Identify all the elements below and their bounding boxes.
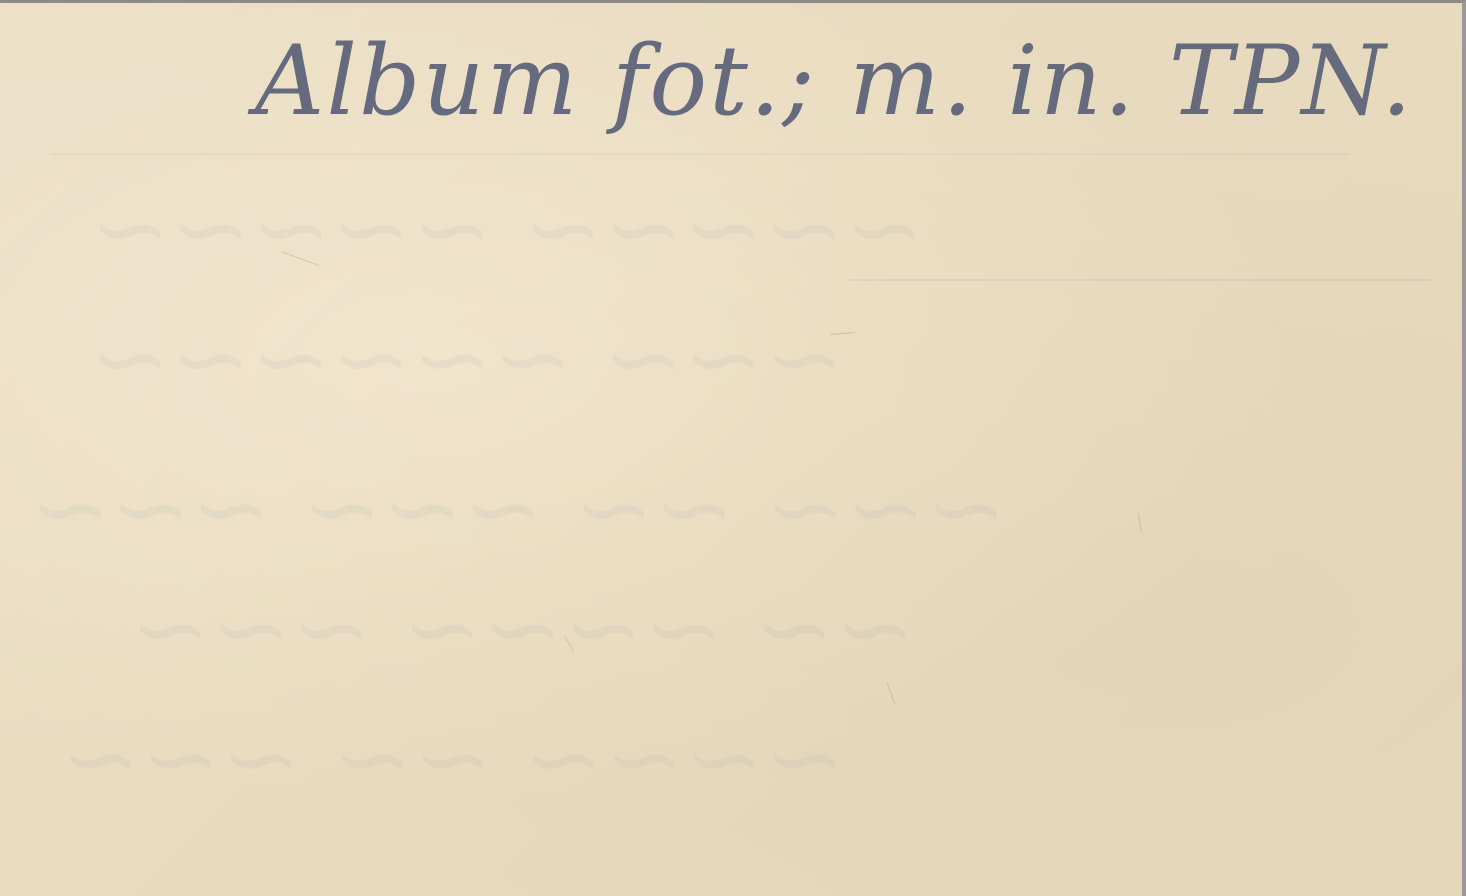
paper-fiber	[830, 332, 855, 335]
reverse-side-showthrough: ~~~ ~~~~~~	[90, 303, 844, 415]
paper-fiber	[564, 635, 574, 651]
handwritten-note: Album fot.; m. in. TPN.	[255, 33, 1414, 129]
reverse-side-showthrough: ~~~~ ~~ ~~~	[60, 703, 845, 815]
paper-fiber	[281, 251, 319, 266]
reverse-side-showthrough: ~~ ~~~~ ~~~	[130, 573, 915, 685]
showthrough-rule	[50, 153, 1350, 155]
catalog-card: ~~~~~ ~~~~~ ~~~ ~~~~~~ ~~~ ~~ ~~~ ~~~ ~~…	[0, 0, 1466, 896]
paper-fiber	[1138, 514, 1142, 534]
reverse-side-showthrough: ~~~ ~~ ~~~ ~~~	[30, 453, 1006, 565]
paper-fiber	[887, 683, 895, 704]
showthrough-underline	[850, 279, 1430, 281]
reverse-side-showthrough: ~~~~~ ~~~~~	[90, 173, 925, 285]
